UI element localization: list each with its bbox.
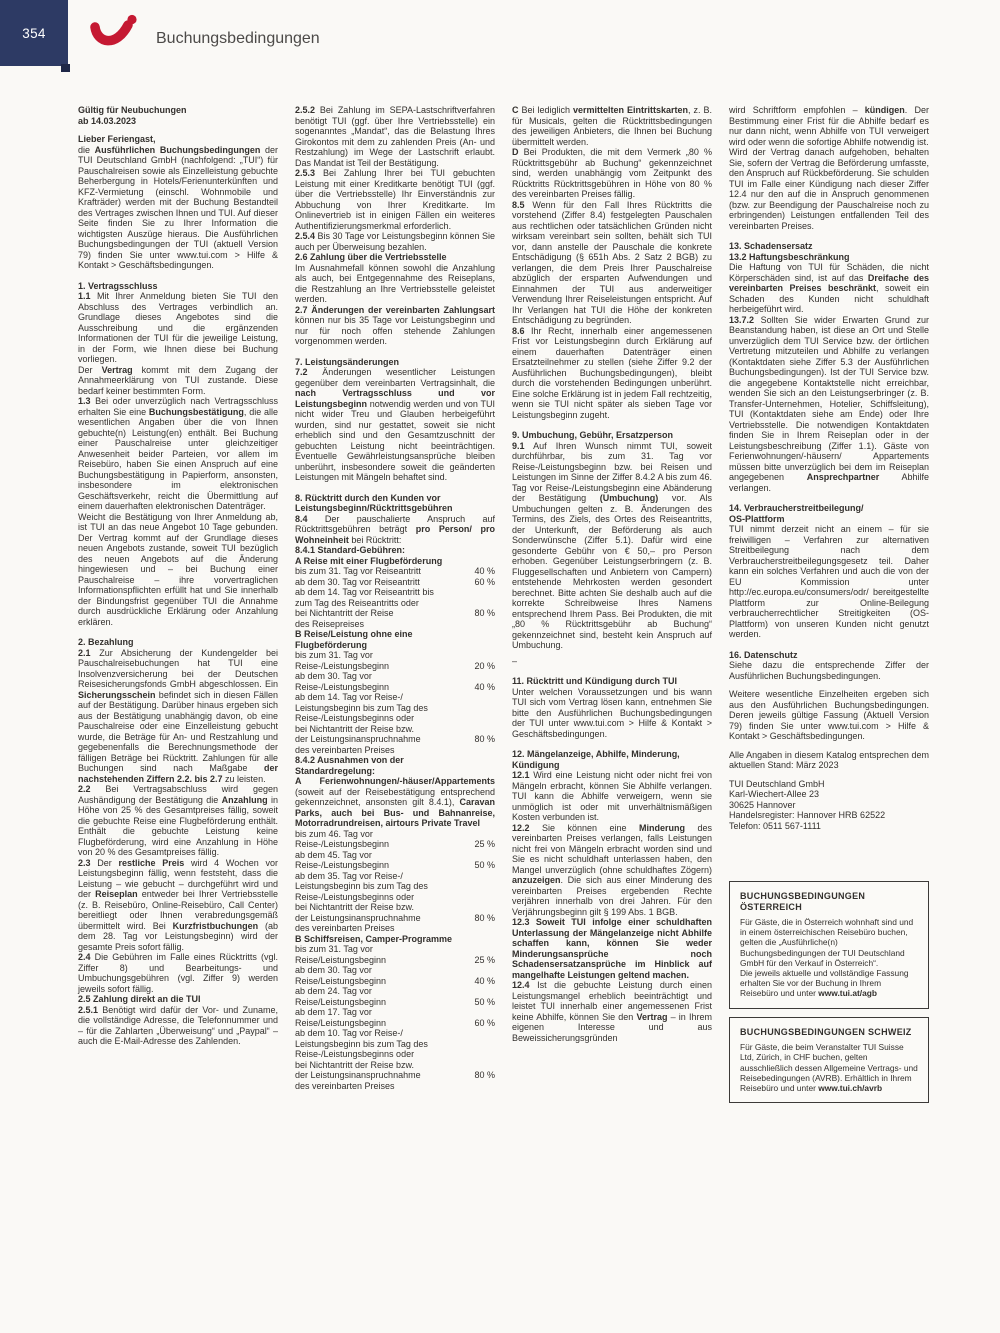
paragraph: 9.1 Auf Ihren Wunsch nimmt TUI, soweit d… [512, 441, 712, 651]
fee-label: Reise-/Leistungsbeginn [295, 860, 389, 871]
fee-percentage: 60 % [474, 1018, 495, 1029]
text-line: Leistungsbeginn bis zum Tag des [295, 881, 495, 892]
text-line: bei Nichtantritt der Reise bzw. [295, 902, 495, 913]
page-number: 354 [22, 26, 45, 41]
fee-percentage: 40 % [474, 566, 495, 577]
paragraph: 2.5.2 Bei Zahlung im SEPA-Lastschriftver… [295, 105, 495, 347]
page-title: Buchungsbedingungen [156, 30, 320, 48]
fee-row: Reise-/Leistungsbeginn50 % [295, 860, 495, 871]
fee-percentage: 80 % [474, 608, 495, 619]
fee-label: Reise/Leistungsbeginn [295, 976, 386, 987]
bold-subheading: B Schiffsreisen, Camper-Programme [295, 934, 495, 945]
text-line: Leistungsbeginn bis zum Tag des [295, 1039, 495, 1050]
section-heading: 11. Rücktritt und Kündigung durch TUI [512, 676, 712, 687]
paragraph: Die Haftung von TUI für Schäden, die nic… [729, 262, 929, 493]
text-line: ab dem 35. Tag vor Reise-/ [295, 871, 495, 882]
section-heading: 8. Rücktritt durch den Kunden vorLeistun… [295, 493, 495, 514]
fee-label: Reise/Leistungsbeginn [295, 955, 386, 966]
paragraph: 8.4 Der pauschalierte Anspruch auf Rückt… [295, 514, 495, 546]
paragraph: Weitere wesentliche Einzelheiten ergeben… [729, 689, 929, 742]
columns: Gültig für Neubuchungenab 14.03.2023Lieb… [78, 105, 929, 1103]
fee-percentage: 60 % [474, 577, 495, 588]
section-heading: 13. Schadensersatz [729, 241, 929, 252]
fee-label: ab dem 30. Tag vor Reiseantritt [295, 577, 420, 588]
info-box-body: Für Gäste, die beim Veranstalter TUI Sui… [740, 1042, 918, 1093]
fee-row: der Leistungsinanspruchnahme80 % [295, 1070, 495, 1081]
publisher-address: TUI Deutschland GmbHKarl-Wiechert-Allee … [729, 779, 929, 832]
spacer [78, 126, 278, 134]
spacer [729, 771, 929, 779]
fee-percentage: 80 % [474, 1070, 495, 1081]
fee-percentage: 25 % [474, 955, 495, 966]
section-heading: 16. Datenschutz [729, 650, 929, 661]
bold-subheading: 8.4.2 Ausnahmen von derStandardregelung: [295, 755, 495, 776]
paragraph: Lieber Feriengast,die Ausführlichen Buch… [78, 134, 278, 271]
fee-label: bis zum 31. Tag vor Reiseantritt [295, 566, 421, 577]
fee-label: der Leistungsinanspruchnahme [295, 913, 421, 924]
info-box-title: BUCHUNGSBEDINGUNGENÖSTERREICH [740, 891, 918, 912]
fee-label: Reise-/Leistungsbeginn [295, 682, 389, 693]
text-line: ab dem 14. Tag vor Reiseantritt bis [295, 587, 495, 598]
section-heading: 1. Vertragsschluss [78, 281, 278, 292]
section-heading: 2. Bezahlung [78, 637, 278, 648]
paragraph: C Bei lediglich vermittelten Eintrittska… [512, 105, 712, 420]
switzerland-conditions-box: BUCHUNGSBEDINGUNGEN SCHWEIZFür Gäste, di… [729, 1017, 929, 1104]
text-line: des Reisepreises [295, 619, 495, 630]
fee-label: Reise/Leistungsbeginn [295, 997, 386, 1008]
text-line: Reise-/Leistungsbeginns oder [295, 892, 495, 903]
fee-row: Reise/Leistungsbeginn50 % [295, 997, 495, 1008]
section-heading: 14. Verbraucherstreitbeilegung/OS-Plattf… [729, 503, 929, 524]
fee-percentage: 80 % [474, 913, 495, 924]
fee-percentage: 25 % [474, 839, 495, 850]
paragraph: wird Schriftform empfohlen – kündigen. D… [729, 105, 929, 231]
spacer [729, 681, 929, 689]
fee-percentage: 20 % [474, 661, 495, 672]
fee-row: ab dem 30. Tag vor Reiseantritt60 % [295, 577, 495, 588]
fee-label: bei Nichtantritt der Reise [295, 608, 394, 619]
fee-row: der Leistungsinanspruchnahme80 % [295, 734, 495, 745]
paragraph: A Ferienwohnungen/-häuser/Appartements (… [295, 776, 495, 829]
fee-percentage: 40 % [474, 976, 495, 987]
fee-percentage: 50 % [474, 860, 495, 871]
text-line: ab dem 45. Tag vor [295, 850, 495, 861]
text-column-1: Gültig für Neubuchungenab 14.03.2023Lieb… [78, 105, 278, 1103]
text-column-3: C Bei lediglich vermittelten Eintrittska… [512, 105, 712, 1103]
info-box-body: Für Gäste, die in Österreich wohnhaft si… [740, 917, 918, 999]
page-number-box: 354 [0, 0, 68, 66]
fee-row: Reise-/Leistungsbeginn20 % [295, 661, 495, 672]
bold-subheading: 8.4.1 Standard-Gebühren: [295, 545, 495, 556]
paragraph: Unter welchen Voraussetzungen und bis wa… [512, 687, 712, 740]
text-line: bis zum 46. Tag vor [295, 829, 495, 840]
spacer [729, 742, 929, 750]
bold-subheading: Gültig für Neubuchungenab 14.03.2023 [78, 105, 278, 126]
paragraph: 1.1 Mit Ihrer Anmeldung bieten Sie TUI d… [78, 291, 278, 627]
section-heading: 7. Leistungsänderungen [295, 357, 495, 368]
text-line: bis zum 31. Tag vor [295, 944, 495, 955]
bold-subheading: A Reise mit einer Flugbeförderung [295, 556, 495, 567]
fee-row: Reise/Leistungsbeginn40 % [295, 976, 495, 987]
page-corner-mark [61, 64, 70, 72]
paragraph: 7.2 Änderungen wesentlicher Leistungen g… [295, 367, 495, 483]
text-line: Reise-/Leistungsbeginns oder [295, 1049, 495, 1060]
text-line: zum Tag des Reiseantritts oder [295, 598, 495, 609]
text-column-4: wird Schriftform empfohlen – kündigen. D… [729, 105, 929, 1103]
fee-row: bis zum 31. Tag vor Reiseantritt40 % [295, 566, 495, 577]
tui-logo-icon [88, 12, 140, 58]
fee-row: Reise-/Leistungsbeginn25 % [295, 839, 495, 850]
text-line: ab dem 10. Tag vor Reise-/ [295, 1028, 495, 1039]
bold-subheading: B Reise/Leistung ohne eineFlugbeförderun… [295, 629, 495, 650]
spacer [729, 831, 929, 873]
text-line: des vereinbarten Preises [295, 745, 495, 756]
text-line: ab dem 17. Tag vor [295, 1007, 495, 1018]
fee-label: der Leistungsinanspruchnahme [295, 1070, 421, 1081]
fee-label: Reise-/Leistungsbeginn [295, 839, 389, 850]
fee-label: Reise/Leistungsbeginn [295, 1018, 386, 1029]
fee-percentage: 50 % [474, 997, 495, 1008]
fee-row: Reise/Leistungsbeginn25 % [295, 955, 495, 966]
text-line: bis zum 31. Tag vor [295, 650, 495, 661]
text-line: bei Nichtantritt der Reise bzw. [295, 1060, 495, 1071]
paragraph: TUI nimmt derzeit nicht an einem – für s… [729, 524, 929, 640]
paragraph: Siehe dazu die entsprechende Ziffer der … [729, 660, 929, 681]
text-line: bei Nichtantritt der Reise bzw. [295, 724, 495, 735]
fee-label: Reise-/Leistungsbeginn [295, 661, 389, 672]
fee-row: Reise-/Leistungsbeginn40 % [295, 682, 495, 693]
paragraph: 12.1 Wird eine Leistung nicht oder nicht… [512, 770, 712, 1043]
fee-percentage: 40 % [474, 682, 495, 693]
text-line: des vereinbarten Preises [295, 923, 495, 934]
austria-conditions-box: BUCHUNGSBEDINGUNGENÖSTERREICHFür Gäste, … [729, 881, 929, 1009]
text-line: ab dem 30. Tag vor [295, 965, 495, 976]
fee-percentage: 80 % [474, 734, 495, 745]
text-line: ab dem 30. Tag vor [295, 671, 495, 682]
text-column-2: 2.5.2 Bei Zahlung im SEPA-Lastschriftver… [295, 105, 495, 1103]
text-line: Reise-/Leistungsbeginns oder [295, 713, 495, 724]
text-line: Leistungsbeginn bis zum Tag des [295, 703, 495, 714]
fee-label: der Leistungsinanspruchnahme [295, 734, 421, 745]
text-line: ab dem 14. Tag vor Reise-/ [295, 692, 495, 703]
text-line: ab dem 24. Tag vor [295, 986, 495, 997]
bold-subheading: 13.2 Haftungsbeschränkung [729, 252, 929, 263]
fee-row: Reise/Leistungsbeginn60 % [295, 1018, 495, 1029]
info-box-title: BUCHUNGSBEDINGUNGEN SCHWEIZ [740, 1027, 918, 1038]
paragraph: 2.1 Zur Absicherung der Kundengelder bei… [78, 648, 278, 1047]
text-line: – [512, 656, 712, 667]
section-heading: 9. Umbuchung, Gebühr, Ersatzperson [512, 430, 712, 441]
section-heading: 12. Mängelanzeige, Abhilfe, Minderung,Kü… [512, 749, 712, 770]
paragraph: Alle Angaben in diesem Katalog entsprech… [729, 750, 929, 771]
text-line: des vereinbarten Preises [295, 1081, 495, 1092]
fee-row: der Leistungsinanspruchnahme80 % [295, 913, 495, 924]
fee-row: bei Nichtantritt der Reise80 % [295, 608, 495, 619]
